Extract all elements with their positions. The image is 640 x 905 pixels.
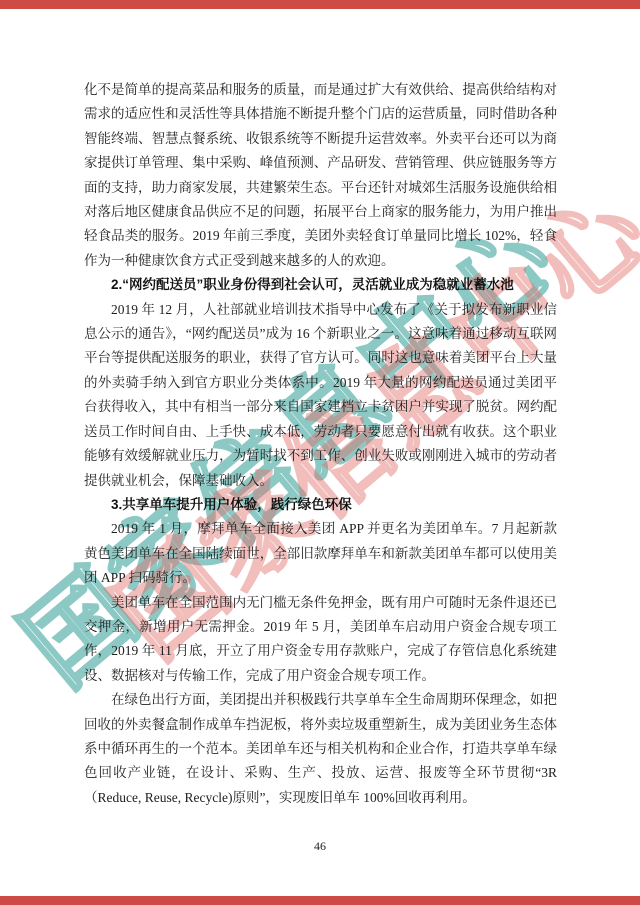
paragraph: 在绿色出行方面，美团提出并积极践行共享单车全生命周期环保理念，如把回收的外卖餐盒… (84, 688, 557, 810)
page-number: 46 (0, 839, 640, 854)
top-red-bar (0, 0, 640, 9)
paragraph: 美团单车在全国范围内无门槛无条件免押金，既有用户可随时无条件退还已交押金，新增用… (84, 591, 557, 689)
document-body: 化不是简单的提高菜品和服务的质量，而是通过扩大有效供给、提高供给结构对需求的适应… (84, 78, 557, 810)
paragraph: 化不是简单的提高菜品和服务的质量，而是通过扩大有效供给、提高供给结构对需求的适应… (84, 78, 557, 273)
paragraph: 2019 年 12 月，人社部就业培训技术指导中心发布了《关于拟发布新职业信息公… (84, 298, 557, 493)
bottom-red-bar (0, 896, 640, 905)
section-heading: 3.共享单车提升用户体验，践行绿色环保 (84, 493, 557, 517)
paragraph: 2019 年 1 月，摩拜单车全面接入美团 APP 并更名为美团单车。7 月起新… (84, 517, 557, 590)
section-heading: 2.“网约配送员”职业身份得到社会认可，灵活就业成为稳就业蓄水池 (84, 273, 557, 297)
